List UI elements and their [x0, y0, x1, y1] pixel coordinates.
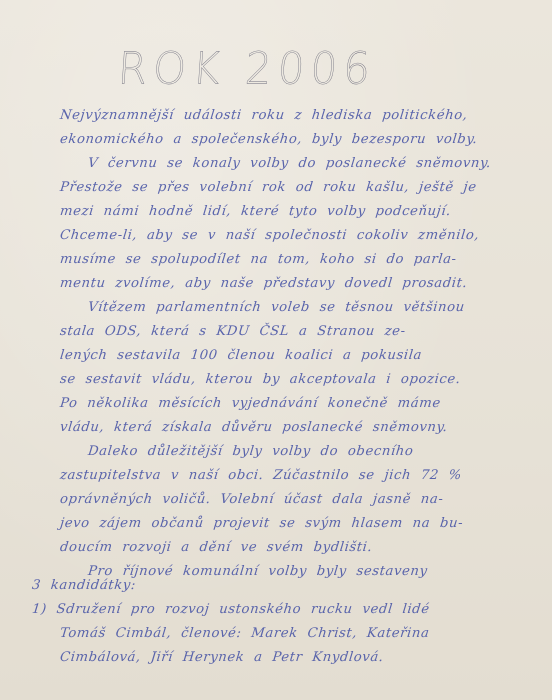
handwritten-line: lených sestavila 100 členou koalici a po…: [59, 348, 423, 363]
handwritten-line: oprávněných voličů. Volební účast dala j…: [59, 492, 444, 507]
handwritten-line: Chceme-li, aby se v naší společnosti cok…: [59, 228, 480, 243]
handwritten-line: V červnu se konaly volby do poslanecké s…: [87, 156, 492, 171]
handwritten-line: Přestože se přes volební rok od roku kaš…: [59, 180, 477, 195]
handwritten-line: stala ODS, která s KDU ČSL a Stranou ze-: [59, 324, 406, 339]
handwritten-line: 3 kandidátky:: [31, 578, 136, 593]
handwritten-line: ekonomického a společenského, byly bezes…: [59, 132, 478, 147]
handwritten-line: mezi námi hodně lidí, které tyto volby p…: [59, 204, 452, 219]
handwritten-line: jevo zájem občanů projevit se svým hlase…: [59, 516, 464, 531]
handwritten-line: se sestavit vládu, kterou by akceptovala…: [59, 372, 461, 387]
page-title: ROK 2006: [116, 43, 377, 94]
handwritten-line: Daleko důležitější byly volby do obecníh…: [87, 444, 414, 459]
handwritten-line: doucím rozvoji a dění ve svém bydlišti.: [59, 540, 373, 555]
handwritten-line: Cimbálová, Jiří Herynek a Petr Knydlová.: [59, 650, 384, 665]
handwritten-line: musíme se spolupodílet na tom, koho si d…: [59, 252, 457, 267]
handwritten-line: 1) Sdružení pro rozvoj ustonského rucku …: [31, 602, 430, 617]
handwritten-page: ROK 2006 Nejvýznamnější události roku z …: [0, 0, 552, 700]
handwritten-line: Pro říjnové komunální volby byly sestave…: [87, 564, 428, 579]
handwritten-line: mentu zvolíme, aby naše představy dovedl…: [59, 276, 468, 291]
handwritten-line: Tomáš Cimbál, členové: Marek Christ, Kat…: [59, 626, 430, 641]
handwritten-line: zastupitelstva v naší obci. Zúčastnilo s…: [59, 468, 462, 483]
handwritten-line: Nejvýznamnější události roku z hlediska …: [59, 108, 468, 123]
handwritten-line: vládu, která získala důvěru poslanecké s…: [59, 420, 448, 435]
handwritten-line: Vítězem parlamentních voleb se těsnou vě…: [87, 300, 465, 315]
handwritten-line: Po několika měsících vyjednávání konečně…: [59, 396, 441, 411]
